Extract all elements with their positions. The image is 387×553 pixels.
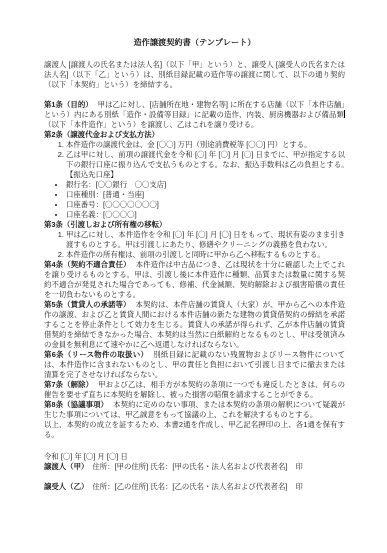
article-8: 第8条（協議事項）本契約に定めのない事項、または本契約の条項の解釈について疑義が… (44, 400, 345, 420)
article-3-heading: 第3条（引渡しおよび所有権の移転） (44, 220, 345, 230)
account-holder-bullet: 口座名義：[〇〇〇〇] (66, 210, 345, 220)
article-6: 第6条（リース物件の取扱い）別紙目録に記載のない残置物およびリース物件については… (44, 350, 345, 380)
article-1-body-after: （以下「本件造作」という）を譲渡し、乙はこれを譲り受ける。 (44, 120, 258, 129)
account-type-bullet: 口座種別：[普通・当座] (66, 190, 345, 200)
bank-name-bullet: 銀行名：[〇〇銀行 〇〇支店] (66, 180, 345, 190)
delivery-item: 本件造作の所有権は、前項の引渡しと同時に甲から乙へ移転するものとする。 (66, 250, 345, 260)
transferee-details: 住所：[乙の住所] 氏名：[乙の氏名・法人名および代表者名] (92, 482, 287, 491)
article-2-heading: 第2条（譲渡代金および支払方法） (44, 130, 345, 140)
payment-item: 本件造作の譲渡代金は、金 [〇〇] 万円（別途消費税等 [〇〇] 円）とする。 (66, 140, 345, 150)
intro-paragraph: 譲渡人 [譲渡人の氏名または法人名]（以下「甲」という）と、譲受人 [譲受人の氏… (44, 60, 345, 90)
article-5: 第5条（賃貸人の承諾等）本契約は、本件店舗の賃貸人（大家）が、甲から乙への本件造… (44, 300, 345, 350)
article-7-heading: 第7条（解除） (44, 380, 93, 389)
payment-item: 乙は甲に対し、前項の譲渡代金を令和 [〇] 年 [〇] 月 [〇] 日までに、甲… (66, 150, 345, 180)
article-6-heading: 第6条（リース物件の取扱い） (44, 350, 148, 359)
transferee-label: 譲受人（乙） (44, 482, 88, 491)
article-5-heading: 第5条（賃貸人の承諾等） (44, 300, 131, 309)
document-title: 造作譲渡契約書（テンプレート） (44, 38, 345, 48)
signature-line-transferee: 譲受人（乙）住所：[乙の住所] 氏名：[乙の氏名・法人名および代表者名]印 (44, 482, 345, 492)
article-4-heading: 第4条（契約不適合責任） (44, 260, 131, 269)
transferee-seal-mark: 印 (295, 482, 302, 491)
article-8-heading: 第8条（協議事項） (44, 400, 108, 409)
closing-paragraph: 以上、本契約の成立を証するため、本書2通を作成し、甲乙記名押印の上、各1通を保有… (44, 420, 345, 440)
delivery-item: 甲は乙に対し、本件造作を令和 [〇] 年 [〇] 月 [〇] 日をもって、現状有… (66, 230, 345, 250)
transferor-label: 譲渡人（甲） (44, 462, 88, 471)
signature-line-transferor: 譲渡人（甲）住所：[甲の住所] 氏名：[甲の氏名・法人名および代表者名]印 (44, 462, 345, 472)
article-7: 第7条（解除）甲および乙は、相手方が本契約の条項に一つでも違反したときは、何らの… (44, 380, 345, 400)
article-1-heading: 第1条（目的） (44, 100, 93, 109)
text-cursor (344, 110, 345, 118)
transferor-seal-mark: 印 (295, 462, 302, 471)
document-page[interactable]: 造作譲渡契約書（テンプレート） 譲渡人 [譲渡人の氏名または法人名]（以下「甲」… (0, 0, 387, 553)
bank-bullet-list: 銀行名：[〇〇銀行 〇〇支店] 口座種別：[普通・当座] 口座番号：[〇〇〇〇〇… (44, 180, 345, 220)
payment-list: 本件造作の譲渡代金は、金 [〇〇] 万円（別途消費税等 [〇〇] 円）とする。 … (44, 140, 345, 180)
article-1: 第1条（目的）甲は乙に対し、[店舗所在地・建物名等] に所在する店舗（以下「本件… (44, 100, 345, 130)
account-number-bullet: 口座番号：[〇〇〇〇〇〇〇] (66, 200, 345, 210)
article-4: 第4条（契約不適合責任）本件造作は中古品につき、乙は現状を十分に確認した上でこれ… (44, 260, 345, 300)
transferor-details: 住所：[甲の住所] 氏名：[甲の氏名・法人名および代表者名] (92, 462, 287, 471)
delivery-list: 甲は乙に対し、本件造作を令和 [〇] 年 [〇] 月 [〇] 日をもって、現状有… (44, 230, 345, 260)
date-line: 令和 [〇] 年 [〇] 月 [〇] 日 (44, 452, 345, 462)
